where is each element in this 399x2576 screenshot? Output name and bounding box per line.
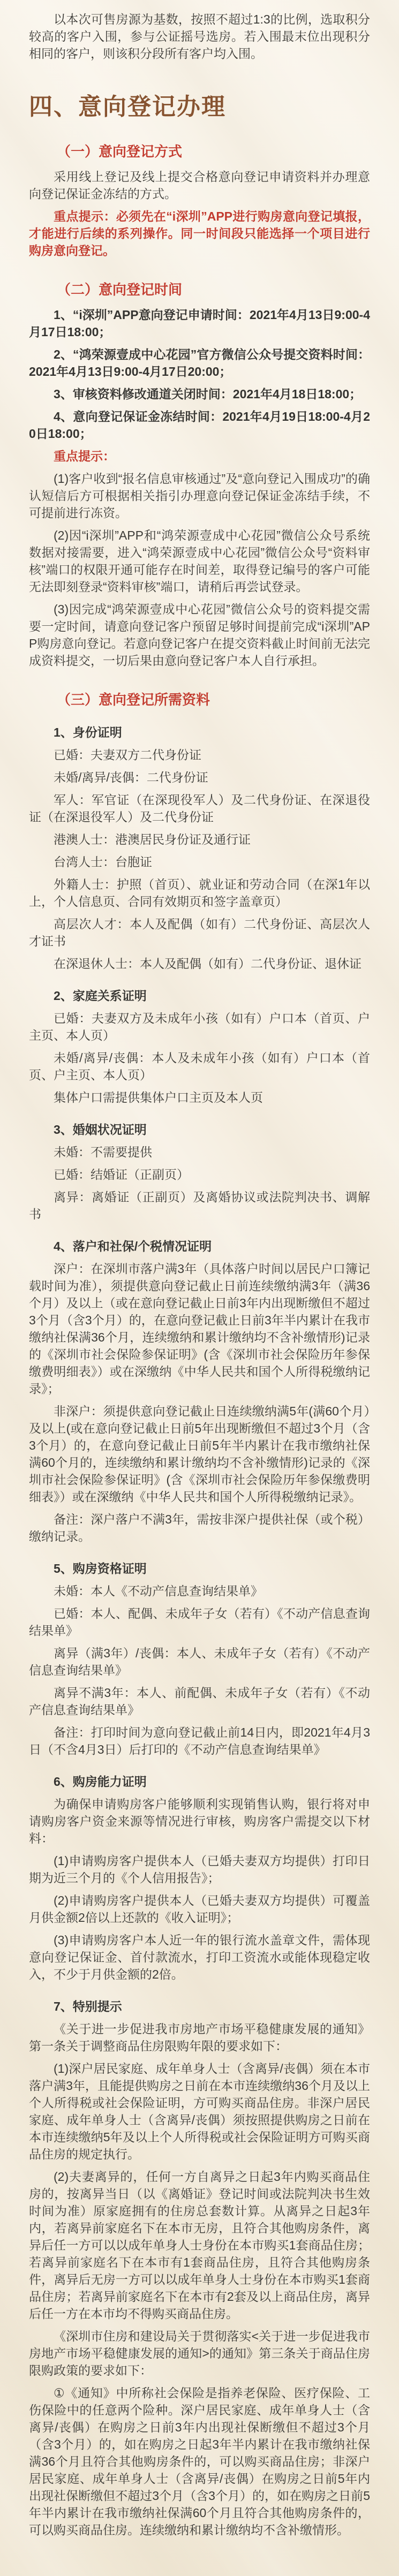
paragraph: 未婚：本人《不动产信息查询结果单》: [29, 1582, 370, 1600]
subsection-heading: 2、家庭关系证明: [29, 987, 370, 1004]
paragraph: 台湾人士：台胞证: [29, 853, 370, 870]
paragraph: 未婚：不需要提供: [29, 1143, 370, 1161]
subsection-heading: 4、落户和社保/个税情况证明: [29, 1238, 370, 1255]
paragraph: 采用线上登记及线上提交合格意向登记申请资料并办理意向登记保证金冻结的方式。: [29, 168, 370, 202]
subsection-heading: 7、特别提示: [29, 1998, 370, 2015]
main-title: 四、意向登记办理: [29, 93, 370, 121]
paragraph: 已婚：结婚证（正副页）: [29, 1166, 370, 1183]
paragraph: 离异：离婚证（正副页）及离婚协议或法院判决书、调解书: [29, 1188, 370, 1223]
paragraph: 集体户口需提供集体户口主页及本人页: [29, 1089, 370, 1106]
paragraph: (1)深户居民家庭、成年单身人士（含离异/丧偶）须在本市落户满3年，且能提供购房…: [29, 2060, 370, 2163]
paragraph: 备注：打印时间为意向登记截止前14日内，即2021年4月3日（不含4月3日）后打…: [29, 1724, 370, 1758]
paragraph: (3)因完成“鸿荣源壹成中心花园”微信公众号的资料提交需要一定时间，请意向登记客…: [29, 601, 370, 669]
paragraph: 以本次可售房源为基数，按照不超过1:3的比例，选取积分较高的客户入围，参与公证摇…: [29, 11, 370, 62]
alert-paragraph: 重点提示：: [29, 448, 370, 465]
paragraph: 未婚/离异/丧偶：本人及未成年小孩（如有）户口本（首页、户主页、本人页）: [29, 1049, 370, 1084]
paragraph: 高层次人才：本人及配偶（如有）二代身份证、高层次人才证书: [29, 915, 370, 950]
document-page: 以本次可售房源为基数，按照不超过1:3的比例，选取积分较高的客户入围，参与公证摇…: [0, 0, 399, 2576]
paragraph: 在深退休人士：本人及配偶（如有）二代身份证、退休证: [29, 955, 370, 972]
paragraph: 离异不满3年：本人、前配偶、未成年子女（若有）《不动产信息查询结果单》: [29, 1684, 370, 1718]
section-heading: （三）意向登记所需资料: [29, 691, 370, 709]
paragraph: 外籍人士：护照（首页）、就业证和劳动合同（在深1年以上，个人信息页、合同有效期页…: [29, 876, 370, 910]
paragraph: 离异（满3年）/丧偶：本人、未成年子女（若有）《不动产信息查询结果单》: [29, 1645, 370, 1679]
alert-paragraph: 重点提示：必须先在“i深圳”APP进行购房意向登记填报，才能进行后续的系列操作。…: [29, 208, 370, 259]
paragraph: 已婚：夫妻双方二代身份证: [29, 746, 370, 763]
paragraph: 非深户：须提供意向登记截止日连续缴纳满5年(满60个月）及以上(或在意向登记截止…: [29, 1403, 370, 1505]
paragraph: 已婚：夫妻双方及未成年小孩（如有）户口本（首页、户主页、本人页）: [29, 1010, 370, 1044]
paragraph: ①《通知》中所称社会保险是指养老保险、医疗保险、工伤保险中的任意两个险种。深户居…: [29, 2384, 370, 2539]
subsection-heading: 2、“鸿荣源壹成中心花园”官方微信公众号提交资料时间：2021年4月13日9:0…: [29, 346, 370, 380]
paragraph: 为确保申请购房客户能够顺利实现销售认购，银行将对申请购房客户资金来源等情况进行审…: [29, 1795, 370, 1847]
section-heading: （一）意向登记方式: [29, 142, 370, 161]
paragraph: 《深圳市住房和建设局关于贯彻落实<关于进一步促进我市房地产市场平稳健康发展的通知…: [29, 2328, 370, 2379]
subsection-heading: 3、审核资料修改通道关闭时间：2021年4月18日18:00；: [29, 385, 370, 403]
paragraph: (1)客户收到“报名信息审核通过”及“意向登记入围成功”的确认短信后方可根据相关…: [29, 470, 370, 521]
paragraph: (3)申请购房客户本人近一年的银行流水盖章文件，需体现意向登记保证金、首付款流水…: [29, 1931, 370, 1983]
paragraph: (2)因“i深圳”APP和“鸿荣源壹成中心花园”微信公众号系统数据对接需要，进入…: [29, 527, 370, 595]
paragraph: (2)申请购房客户提供本人（已婚夫妻双方均提供）可覆盖月供金额2倍以上还款的《收…: [29, 1892, 370, 1926]
paragraph: 未婚/离异/丧偶：二代身份证: [29, 769, 370, 786]
section-heading: （二）意向登记时间: [29, 281, 370, 299]
paragraph: 深户：在深圳市落户满3年（具体落户时间以居民户口簿记载时间为准），须提供意向登记…: [29, 1260, 370, 1397]
notice-document: 以本次可售房源为基数，按照不超过1:3的比例，选取积分较高的客户入围，参与公证摇…: [0, 0, 399, 2576]
paragraph: 备注：深户落户不满3年，需按非深户提供社保（或个税）缴纳记录。: [29, 1511, 370, 1545]
paragraph: (2)夫妻离异的，任何一方自离异之日起3年内购买商品住房的，按离异当日（以《离婚…: [29, 2168, 370, 2322]
paragraph: 《关于进一步促进我市房地产市场平稳健康发展的通知》第一条关于调整商品住房限购年限…: [29, 2020, 370, 2055]
paragraph: 已婚：本人、配偶、未成年子女（若有）《不动产信息查询结果单》: [29, 1605, 370, 1639]
subsection-heading: 1、身份证明: [29, 724, 370, 741]
subsection-heading: 5、购房资格证明: [29, 1560, 370, 1577]
subsection-heading: 4、意向登记保证金冻结时间：2021年4月19日18:00-4月20日18:00…: [29, 408, 370, 442]
subsection-heading: 1、“i深圳”APP意向登记申请时间：2021年4月13日9:00-4月17日1…: [29, 306, 370, 340]
paragraph: 军人：军官证（在深现役军人）及二代身份证、在深退役证（在深退役军人）及二代身份证: [29, 791, 370, 825]
paragraph: (1)申请购房客户提供本人（已婚夫妻双方均提供）打印日期为近三个月的《个人信用报…: [29, 1852, 370, 1886]
subsection-heading: 6、购房能力证明: [29, 1773, 370, 1790]
paragraph: 港澳人士：港澳居民身份证及通行证: [29, 831, 370, 848]
subsection-heading: 3、婚姻状况证明: [29, 1121, 370, 1138]
